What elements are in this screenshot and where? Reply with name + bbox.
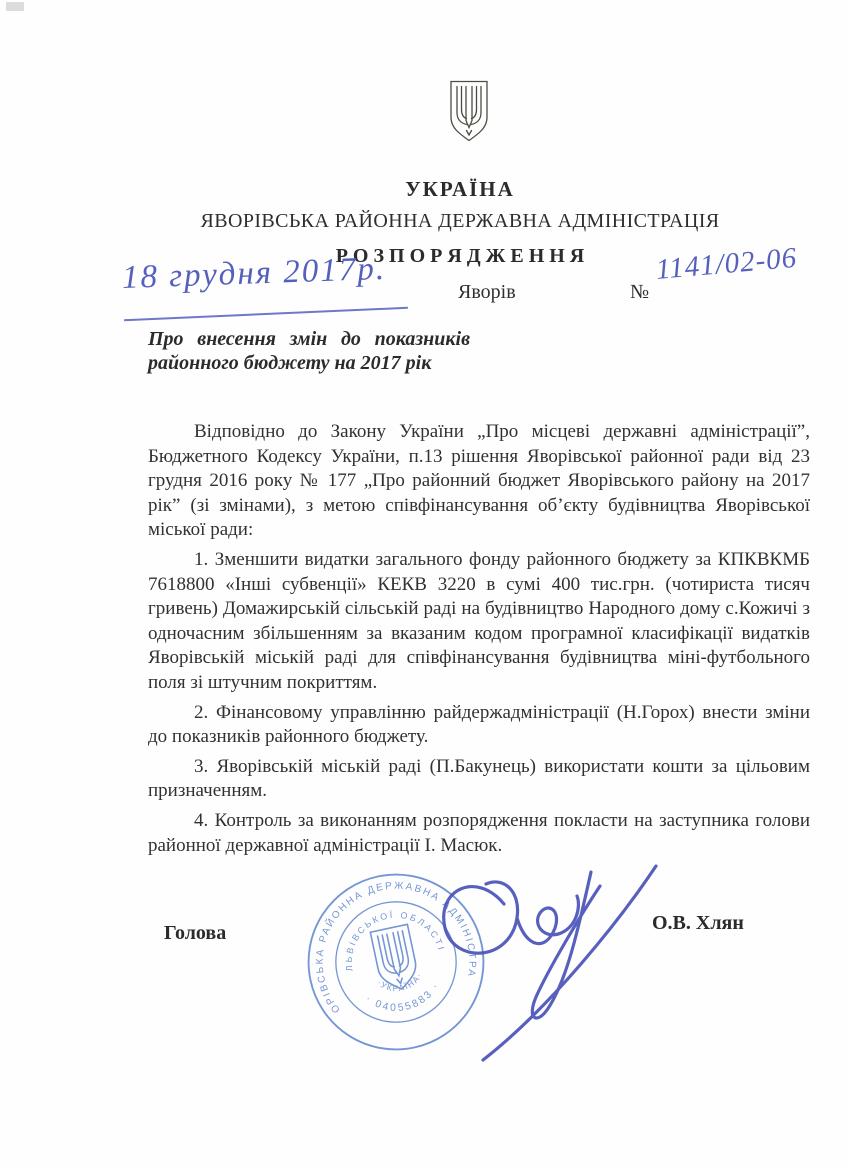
- handwritten-date: 18 грудня 2017р.: [121, 251, 386, 297]
- body-paragraph: 4. Контроль за виконанням розпорядження …: [148, 809, 810, 858]
- subject-line-2: районного бюджету на 2017 рік: [148, 351, 470, 375]
- body-paragraph: 2. Фінансовому управлінню райдержадмініс…: [148, 701, 810, 750]
- handwritten-signature-icon: [428, 858, 668, 1068]
- body-paragraph: 3. Яворівській міській раді (П.Бакунець)…: [148, 755, 810, 804]
- number-label: №: [630, 281, 649, 304]
- date-underline: [124, 307, 408, 321]
- subject-block: Про внесення змін до показників районног…: [148, 327, 470, 375]
- document-body: Відповідно до Закону України „Про місцев…: [148, 420, 810, 863]
- body-paragraph: 1. Зменшити видатки загального фонду рай…: [148, 548, 810, 696]
- scan-artifact: [6, 2, 24, 11]
- place-name: Яворів: [458, 281, 516, 304]
- signer-title: Голова: [164, 922, 226, 945]
- body-paragraph: Відповідно до Закону України „Про місцев…: [148, 420, 810, 543]
- subject-line-1: Про внесення змін до показників: [148, 327, 470, 351]
- ukraine-trident-icon: [444, 78, 494, 144]
- document-page: УКРАЇНА ЯВОРІВСЬКА РАЙОННА ДЕРЖАВНА АДМІ…: [0, 0, 850, 1169]
- country-name: УКРАЇНА: [70, 177, 850, 202]
- authority-name: ЯВОРІВСЬКА РАЙОННА ДЕРЖАВНА АДМІНІСТРАЦІ…: [70, 210, 850, 233]
